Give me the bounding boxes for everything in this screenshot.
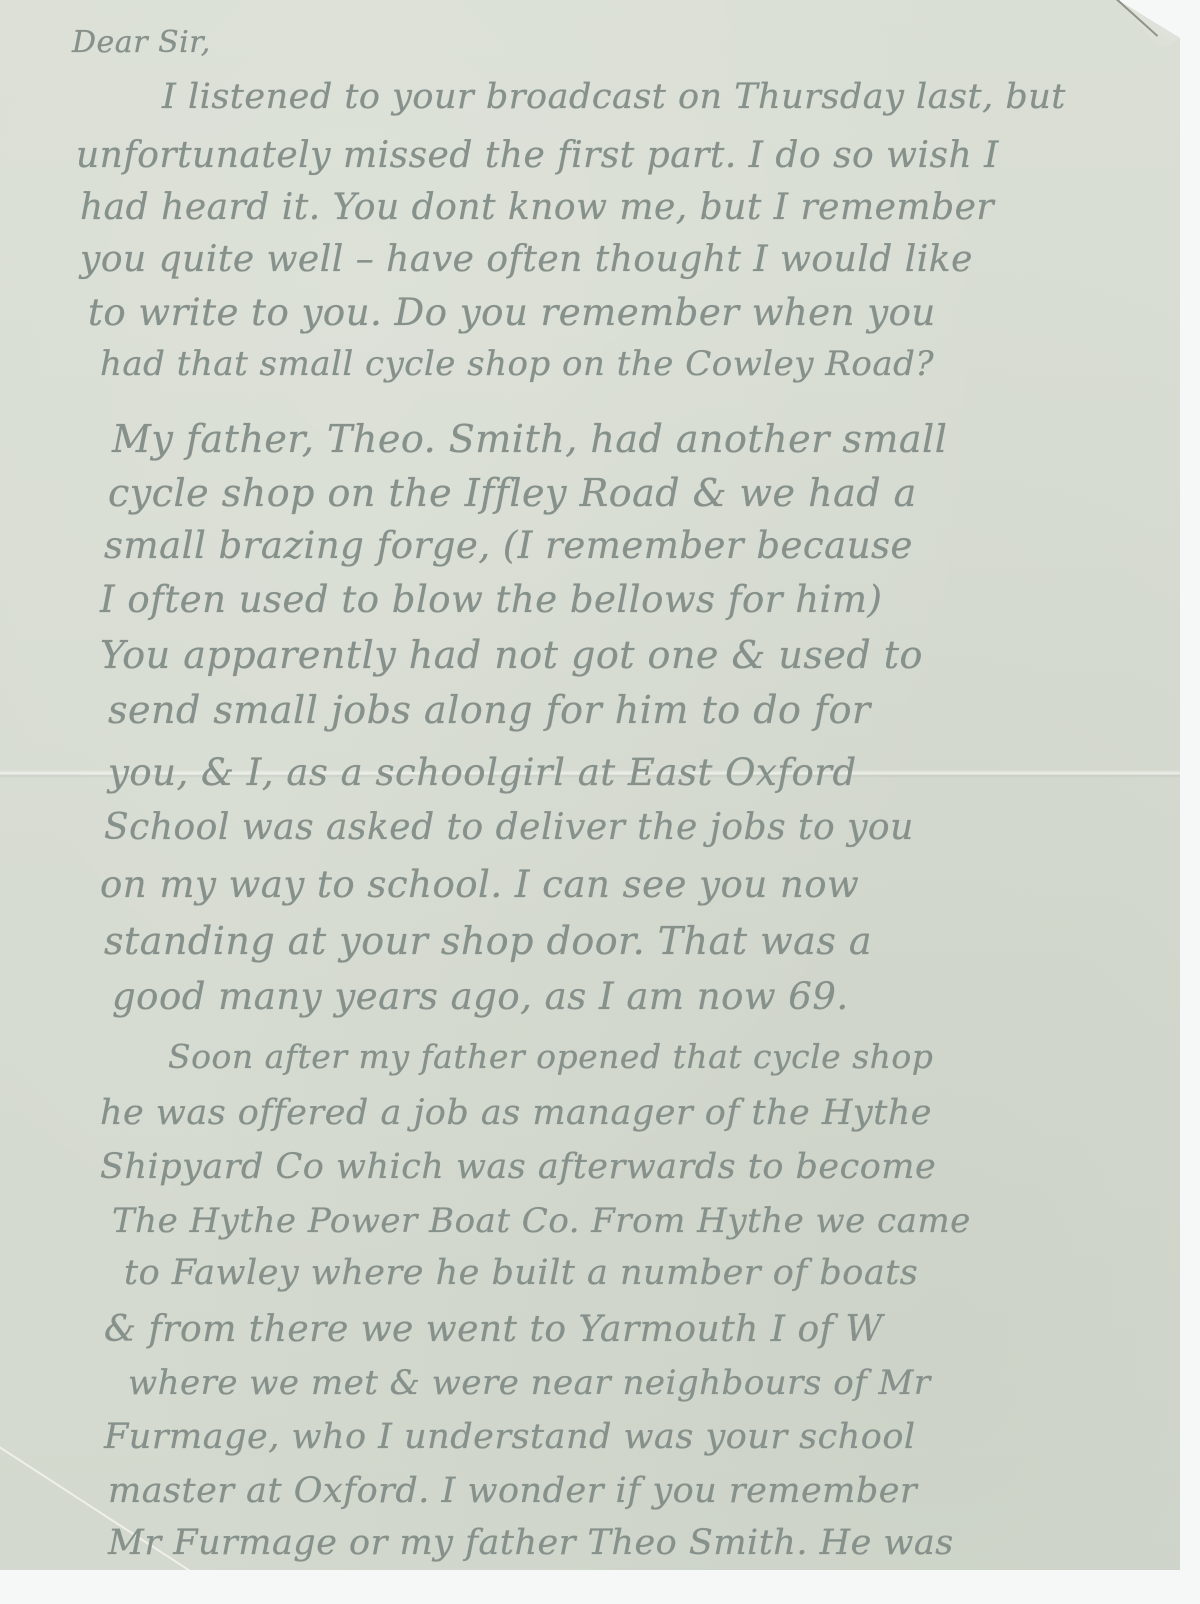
letter-line: The Hythe Power Boat Co. From Hythe we c…	[112, 1204, 971, 1238]
letter-line: & from there we went to Yarmouth I of W	[104, 1312, 883, 1348]
letter-line: on my way to school. I can see you now	[100, 866, 859, 903]
letter-line: My father, Theo. Smith, had another smal…	[112, 420, 947, 458]
letter-line: small brazing forge, (I remember because	[104, 527, 913, 564]
letter-line: to Fawley where he built a number of boa…	[124, 1256, 918, 1291]
letter-line: You apparently had not got one & used to	[100, 636, 923, 674]
letter-line: send small jobs along for him to do for	[108, 691, 871, 729]
letter-line: cycle shop on the Iffley Road & we had a	[108, 474, 917, 512]
letter-line: had that small cycle shop on the Cowley …	[100, 347, 934, 381]
letter-line: master at Oxford. I wonder if you rememb…	[108, 1474, 917, 1509]
letter-line: unfortunately missed the first part. I d…	[76, 138, 999, 174]
letter-line: School was asked to deliver the jobs to …	[104, 810, 914, 846]
letter-paper: Dear Sir, I listened to your broadcast o…	[0, 0, 1180, 1572]
letter-line: Soon after my father opened that cycle s…	[168, 1040, 933, 1073]
letter-line: standing at your shop door. That was a	[104, 922, 872, 960]
letter-line: Shipyard Co which was afterwards to beco…	[100, 1150, 936, 1185]
letter-line: to write to you. Do you remember when yo…	[88, 294, 936, 331]
letter-line: Furmage, who I understand was your schoo…	[104, 1420, 916, 1455]
letter-line: you, & I, as a schoolgirl at East Oxford	[108, 754, 857, 791]
letter-line: had heard it. You dont know me, but I re…	[80, 190, 994, 226]
salutation: Dear Sir,	[72, 28, 211, 58]
letter-line: I often used to blow the bellows for him…	[100, 581, 882, 618]
letter-line: where we met & were near neighbours of M…	[128, 1366, 931, 1400]
letter-line: you quite well – have often thought I wo…	[80, 242, 973, 278]
scanned-page: Dear Sir, I listened to your broadcast o…	[0, 0, 1200, 1604]
letter-line: good many years ago, as I am now 69.	[112, 978, 849, 1015]
letter-line: Mr Furmage or my father Theo Smith. He w…	[108, 1526, 954, 1561]
letter-line: I listened to your broadcast on Thursday…	[162, 80, 1066, 115]
letter-body: Dear Sir, I listened to your broadcast o…	[0, 0, 1180, 1570]
letter-line: he was offered a job as manager of the H…	[100, 1096, 932, 1131]
